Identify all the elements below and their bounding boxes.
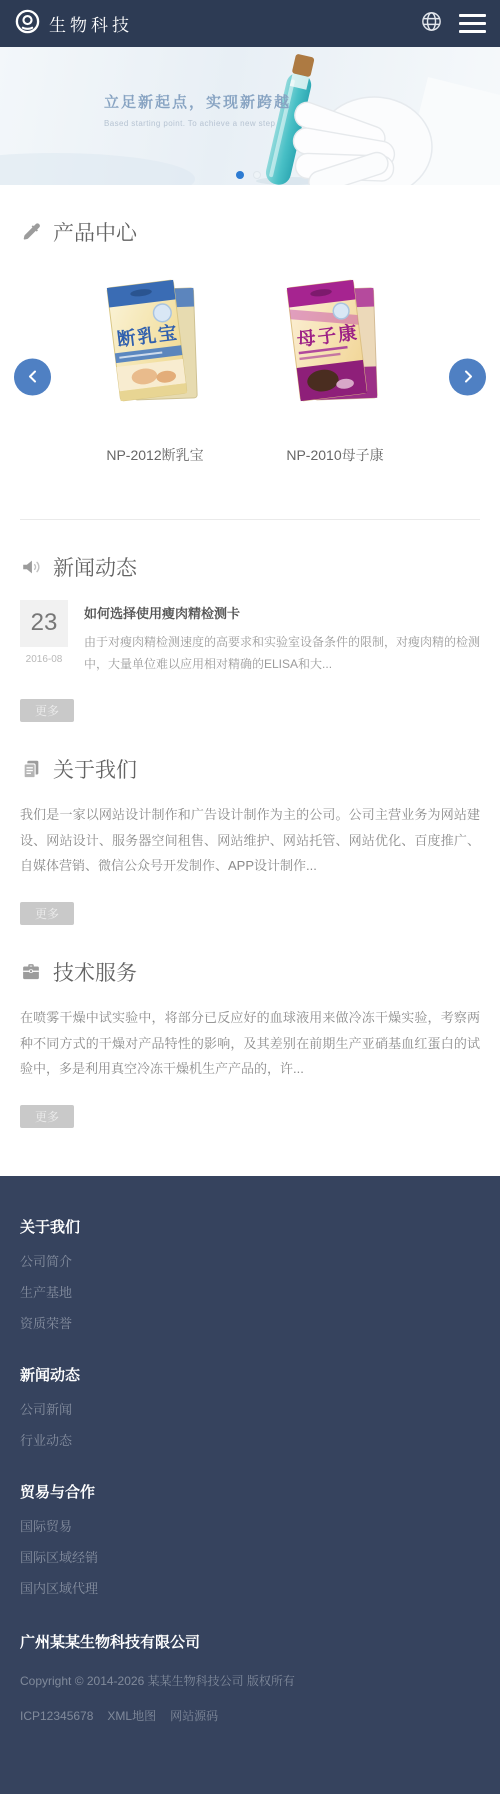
product-image: 断乳宝 (80, 273, 230, 423)
product-name-link[interactable]: NP-2010母子康 (260, 445, 410, 465)
news-more-button[interactable]: 更多 (20, 699, 74, 722)
product-carousel: 断乳宝 NP-2012断乳宝 (0, 273, 500, 489)
products-section: 产品中心 (0, 217, 500, 247)
news-item[interactable]: 23 2016-08 如何选择使用瘦肉精检测卡 由于对瘦肉精检测速度的高要求和实… (20, 600, 480, 675)
news-date: 23 2016-08 (20, 600, 68, 675)
chevron-right-icon (461, 370, 475, 384)
top-navbar: 生物科技 (0, 0, 500, 47)
hero-banner[interactable]: 立足新起点，实现新跨越 Based starting point. To ach… (0, 47, 500, 185)
product-card[interactable]: 断乳宝 NP-2012断乳宝 (80, 273, 230, 465)
news-section: 新闻动态 23 2016-08 如何选择使用瘦肉精检测卡 由于对瘦肉精检测速度的… (0, 552, 500, 675)
chevron-left-icon (26, 370, 40, 384)
news-day: 23 (20, 600, 68, 647)
footer-icp-row: ICP12345678 XML地图 网站源码 (20, 1707, 480, 1724)
footer-icp-number: ICP12345678 (20, 1709, 93, 1723)
footer-link-industry-news[interactable]: 行业动态 (20, 1424, 480, 1455)
header-actions (420, 10, 486, 38)
footer: 关于我们 公司简介 生产基地 资质荣誉 新闻动态 公司新闻 行业动态 贸易与合作… (0, 1176, 500, 1794)
slogan-subtext: Based starting point. To achieve a new s… (104, 119, 291, 128)
biotech-logo-icon (14, 8, 41, 40)
services-section-title: 技术服务 (20, 957, 480, 987)
product-image: 母子康 (260, 273, 410, 423)
footer-copyright: Copyright © 2014-2026 某某生物科技公司 版权所有 (20, 1672, 480, 1689)
carousel-prev-button[interactable] (14, 358, 51, 395)
services-title-text: 技术服务 (53, 957, 137, 987)
footer-company-name: 广州某某生物科技有限公司 (20, 1631, 480, 1652)
about-title-text: 关于我们 (53, 754, 137, 784)
language-globe-icon[interactable] (420, 10, 443, 38)
footer-link-honors[interactable]: 资质荣誉 (20, 1307, 480, 1338)
about-section: 关于我们 我们是一家以网站设计制作和广告设计制作为主的公司。公司主营业务为网站建… (0, 754, 500, 878)
footer-link-international-trade[interactable]: 国际贸易 (20, 1510, 480, 1541)
banner-slogan: 立足新起点，实现新跨越 Based starting point. To ach… (104, 91, 291, 128)
page: 生物科技 (0, 0, 500, 1794)
footer-heading-trade: 贸易与合作 (20, 1481, 480, 1502)
about-text: 我们是一家以网站设计制作和广告设计制作为主的公司。公司主营业务为网站建设、网站设… (20, 802, 480, 878)
product-card[interactable]: 母子康 NP-2010母子康 (260, 273, 410, 465)
footer-xml-sitemap-link[interactable]: XML地图 (107, 1707, 156, 1724)
footer-link-domestic-agency[interactable]: 国内区域代理 (20, 1572, 480, 1603)
footer-heading-about: 关于我们 (20, 1216, 480, 1237)
news-title-text: 新闻动态 (53, 552, 137, 582)
services-section: 技术服务 在喷雾干燥中试实验中，将部分已反应好的血球液用来做冷冻干燥实验，考察两… (0, 957, 500, 1081)
services-more-button[interactable]: 更多 (20, 1105, 74, 1128)
banner-dot[interactable] (253, 171, 261, 179)
documents-icon (20, 758, 42, 780)
services-text: 在喷雾干燥中试实验中，将部分已反应好的血球液用来做冷冻干燥实验，考察两种不同方式… (20, 1005, 480, 1081)
banner-dot-active[interactable] (236, 171, 244, 179)
about-section-title: 关于我们 (20, 754, 480, 784)
slogan-text: 立足新起点，实现新跨越 (104, 91, 291, 112)
news-summary: 由于对瘦肉精检测速度的高要求和实验室设备条件的限制，对瘦肉精的检测中，大量单位难… (84, 631, 480, 675)
news-headline-link[interactable]: 如何选择使用瘦肉精检测卡 (84, 603, 480, 622)
brand-logo[interactable]: 生物科技 (14, 8, 133, 40)
briefcase-icon (20, 961, 42, 983)
hamburger-menu-icon[interactable] (459, 10, 486, 37)
product-name-link[interactable]: NP-2012断乳宝 (80, 445, 230, 465)
footer-links-about: 公司简介 生产基地 资质荣誉 (20, 1245, 480, 1338)
footer-link-international-distribution[interactable]: 国际区域经销 (20, 1541, 480, 1572)
footer-links-trade: 国际贸易 国际区域经销 国内区域代理 (20, 1510, 480, 1603)
banner-pagination (236, 171, 261, 179)
footer-link-production-base[interactable]: 生产基地 (20, 1276, 480, 1307)
pipette-icon (20, 221, 42, 243)
products-section-title: 产品中心 (20, 217, 480, 247)
news-section-title: 新闻动态 (20, 552, 480, 582)
news-body: 如何选择使用瘦肉精检测卡 由于对瘦肉精检测速度的高要求和实验室设备条件的限制，对… (84, 600, 480, 675)
footer-link-company-news[interactable]: 公司新闻 (20, 1393, 480, 1424)
section-divider (20, 519, 480, 520)
footer-heading-news: 新闻动态 (20, 1364, 480, 1385)
footer-source-link[interactable]: 网站源码 (170, 1707, 218, 1724)
brand-name: 生物科技 (49, 11, 133, 36)
products-title-text: 产品中心 (53, 217, 137, 247)
footer-link-company-profile[interactable]: 公司简介 (20, 1245, 480, 1276)
speaker-icon (20, 556, 42, 578)
news-year-month: 2016-08 (20, 654, 68, 665)
carousel-next-button[interactable] (449, 358, 486, 395)
about-more-button[interactable]: 更多 (20, 902, 74, 925)
footer-links-news: 公司新闻 行业动态 (20, 1393, 480, 1455)
